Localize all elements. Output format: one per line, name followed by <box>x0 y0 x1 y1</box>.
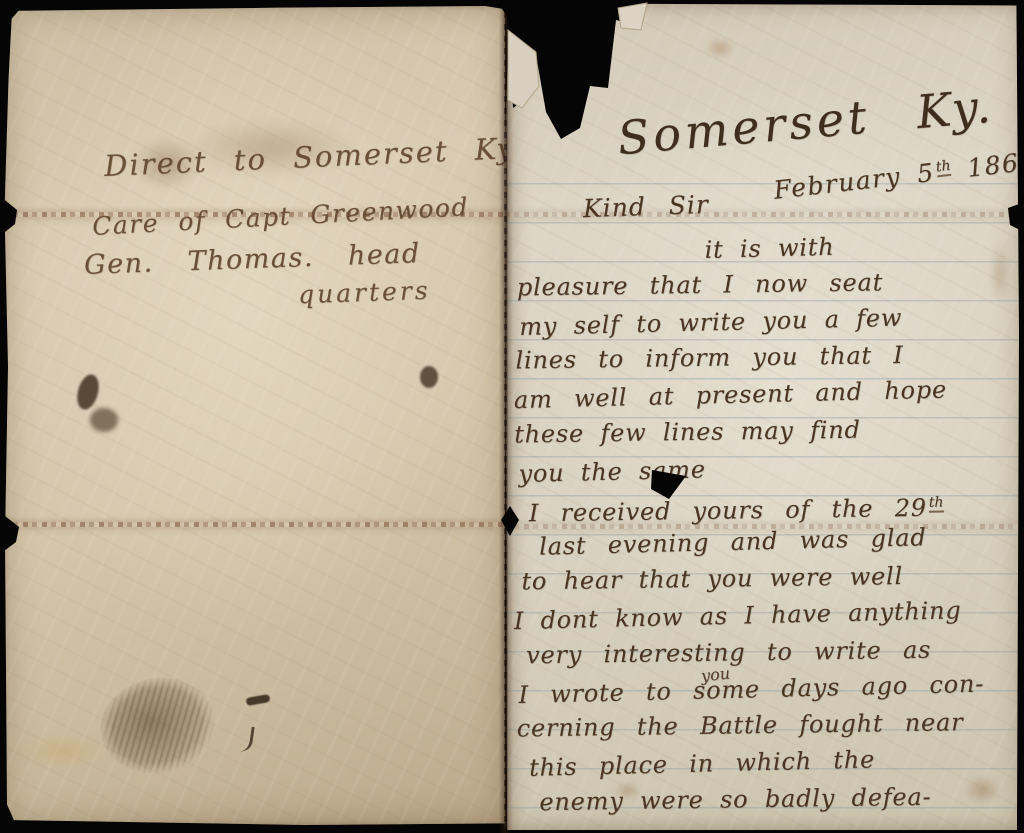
ink-blot <box>74 372 103 412</box>
paper-stain <box>705 37 735 59</box>
salutation: Kind Sir <box>583 190 710 223</box>
address-line: Care of Capt Greenwood <box>91 192 469 241</box>
letter-place-heading: Somerset Ky. <box>615 79 996 166</box>
ink-blot <box>420 366 438 388</box>
letter-body: it is with pleasure that I now seat my s… <box>506 227 1017 820</box>
address-line: Direct to Somerset Ky <box>103 131 505 183</box>
left-page: Direct to Somerset Ky Care of Capt Green… <box>4 6 505 825</box>
ink-mark <box>236 725 254 753</box>
letter-scan: Direct to Somerset Ky Care of Capt Green… <box>0 0 1024 833</box>
fold-crease <box>505 212 1019 217</box>
fingerprint-smudge <box>91 667 223 784</box>
address-line: Gen. Thomas. head <box>84 238 422 281</box>
date-text: February 5 <box>772 158 936 205</box>
ink-mark <box>245 694 270 706</box>
date-ordinal-suffix: th <box>935 158 952 178</box>
body-line: enemy were so badly defea- <box>539 777 1017 820</box>
right-page: Somerset Ky. February 5th 1862 Kind Sir … <box>505 3 1019 830</box>
fold-crease <box>4 522 505 527</box>
letter-date: February 5th 1862 <box>772 146 1019 205</box>
ink-blot <box>90 408 118 432</box>
address-line: quarters <box>298 276 432 310</box>
inserted-word-above-line: you <box>700 664 731 686</box>
ordinal-suffix: th <box>929 494 944 512</box>
yellow-stain <box>18 734 108 768</box>
date-year: 1862 <box>966 146 1019 183</box>
body-line: it is with <box>704 224 1013 268</box>
